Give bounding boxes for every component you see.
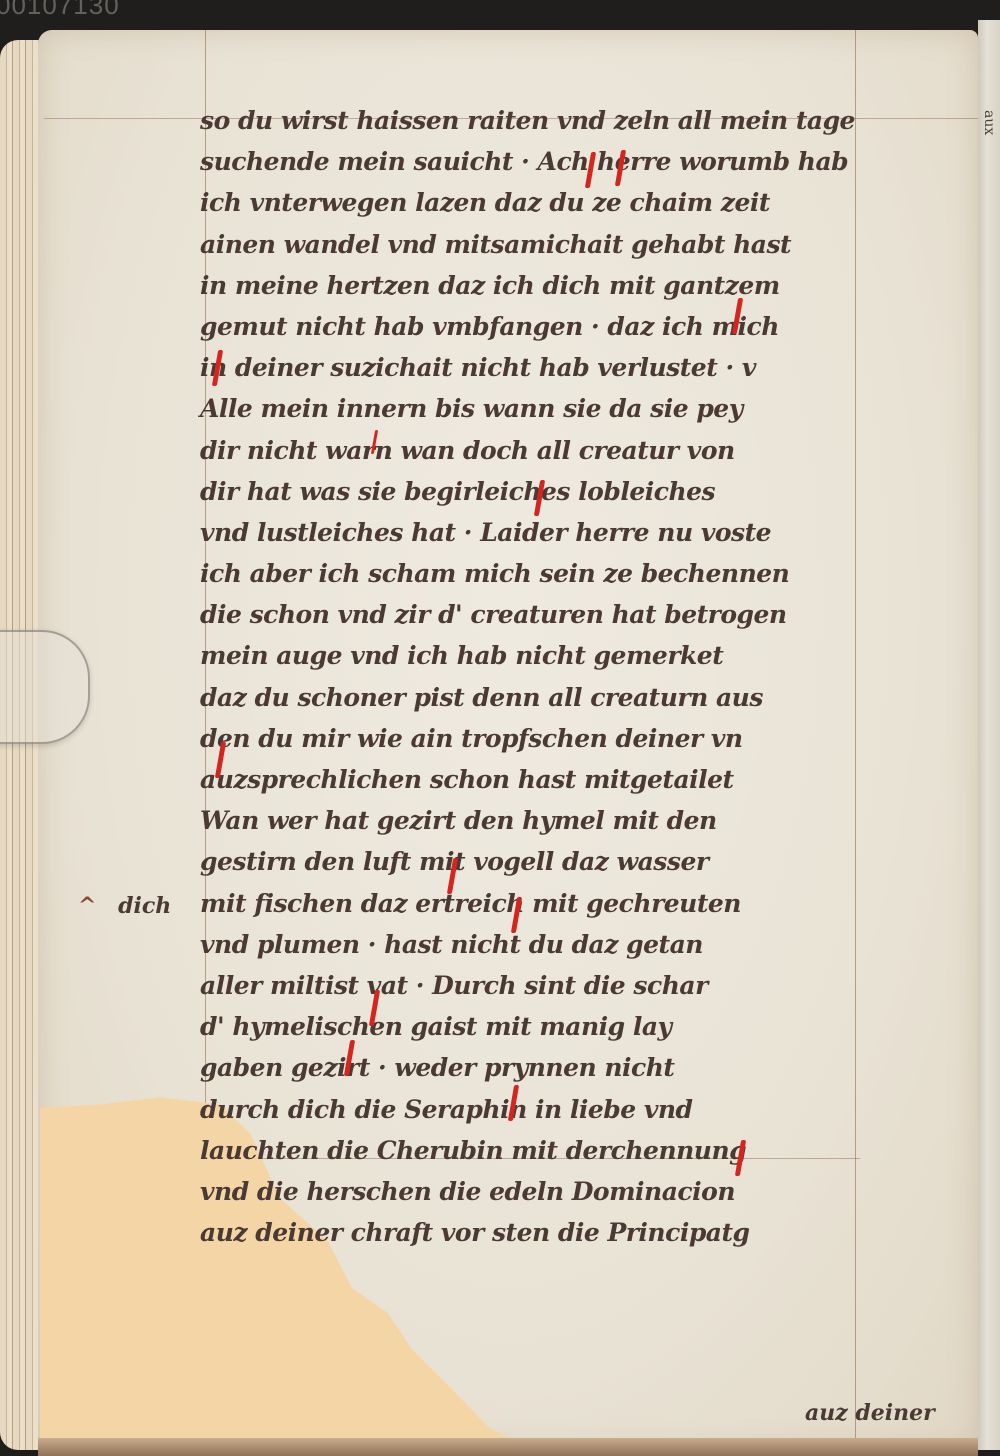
text-line: in deiner suzichait nicht hab verlustet … bbox=[200, 347, 940, 388]
text-line: den du mir wie ain tropfschen deiner vn bbox=[200, 718, 940, 759]
text-line: durch dich die Seraphin in liebe vnd bbox=[200, 1089, 940, 1130]
text-line: mein auge vnd ich hab nicht gemerket bbox=[200, 635, 940, 676]
text-line: gestirn den luft mit vogell daz wasser bbox=[200, 841, 940, 882]
text-line: daz du schoner pist denn all creaturn au… bbox=[200, 677, 940, 718]
text-line: ainen wandel vnd mitsamichait gehabt has… bbox=[200, 224, 940, 265]
text-line: ich aber ich scham mich sein ze bechenne… bbox=[200, 553, 940, 594]
facing-page-text: aux bbox=[984, 110, 998, 135]
margin-correction: ^ dich bbox=[78, 893, 171, 919]
text-line: ich vnterwegen lazen daz du ze chaim zei… bbox=[200, 182, 940, 223]
text-line: suchende mein sauicht · Ach herre worumb… bbox=[200, 141, 940, 182]
text-line: auz deiner chraft vor sten die Principat… bbox=[200, 1212, 940, 1253]
page-bottom-edge bbox=[38, 1438, 978, 1456]
text-line: mit fischen daz ertreich mit gechreuten bbox=[200, 883, 940, 924]
text-line: in meine hertzen daz ich dich mit gantze… bbox=[200, 265, 940, 306]
text-line: aller miltist vat · Durch sint die schar bbox=[200, 965, 940, 1006]
text-line: vnd lustleiches hat · Laider herre nu vo… bbox=[200, 512, 940, 553]
text-line: dir hat was sie begirleiches lobleiches bbox=[200, 471, 940, 512]
text-line: Wan wer hat gezirt den hymel mit den bbox=[200, 800, 940, 841]
text-line: d' hymelischen gaist mit manig lay bbox=[200, 1006, 940, 1047]
scan-id-label: 00107130 bbox=[0, 0, 120, 21]
text-line: vnd plumen · hast nicht du daz getan bbox=[200, 924, 940, 965]
margin-note-text: dich bbox=[118, 893, 171, 919]
facing-page-edge: aux bbox=[978, 20, 1000, 1450]
text-line: die schon vnd zir d' creaturen hat betro… bbox=[200, 594, 940, 635]
text-line: gaben gezirt · weder prynnen nicht bbox=[200, 1047, 940, 1088]
page-tab-clip[interactable] bbox=[0, 630, 90, 744]
insertion-mark: ^ bbox=[78, 893, 96, 919]
manuscript-text: so du wirst haissen raiten vnd zeln all … bbox=[200, 100, 940, 1253]
text-line: so du wirst haissen raiten vnd zeln all … bbox=[200, 100, 940, 141]
text-line: lauchten die Cherubin mit derchennung bbox=[200, 1130, 940, 1171]
text-line: vnd die herschen die edeln Dominacion bbox=[200, 1171, 940, 1212]
text-line: gemut nicht hab vmbfangen · daz ich mich bbox=[200, 306, 940, 347]
text-line: auzsprechlichen schon hast mitgetailet bbox=[200, 759, 940, 800]
text-line: Alle mein innern bis wann sie da sie pey bbox=[200, 388, 940, 429]
text-line: dir nicht warn wan doch all creatur von bbox=[200, 430, 940, 471]
catchword: auz deiner bbox=[805, 1400, 935, 1426]
